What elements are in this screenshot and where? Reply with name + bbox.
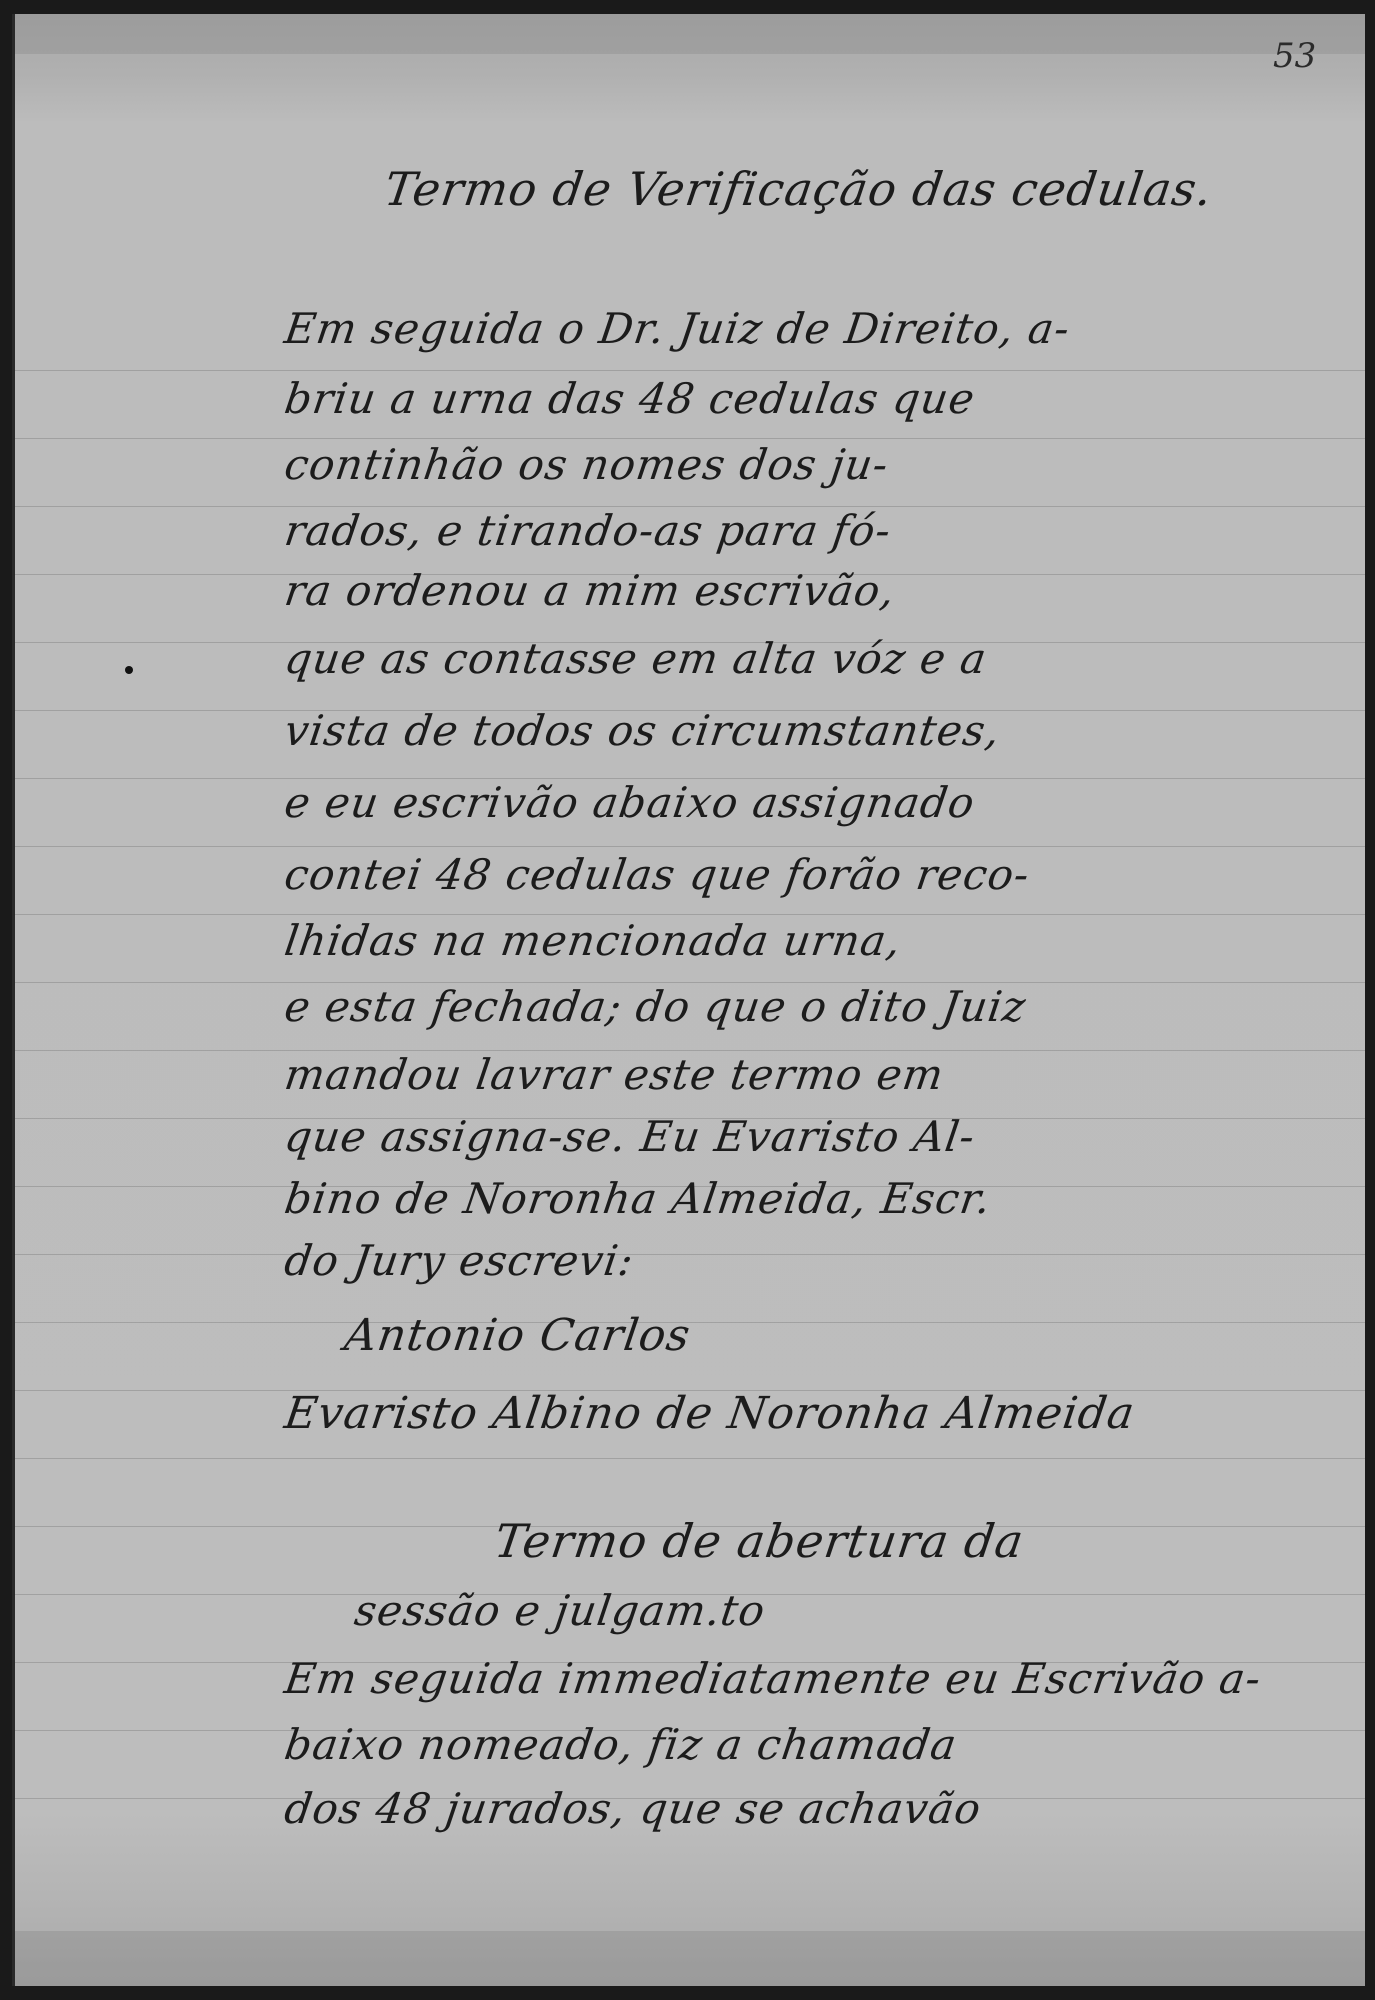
ruled-line	[15, 1254, 1365, 1255]
text-line: que assigna-se. Eu Evaristo Al-	[282, 1112, 979, 1161]
page-number: 53	[1273, 36, 1316, 76]
text-line: continhão os nomes dos ju-	[282, 440, 892, 489]
ruled-line	[15, 846, 1365, 847]
text-line: e esta fechada; do que o dito Juiz	[282, 982, 1030, 1031]
page-bottom-shadow	[15, 1931, 1365, 1986]
text-line: sessão e julgam.to	[352, 1586, 769, 1635]
text-line: vista de todos os circumstantes,	[282, 706, 1004, 755]
page-top-shadow	[15, 14, 1365, 54]
section-title: Termo de Verificação das cedulas.	[381, 162, 1216, 216]
signature-evaristo: Evaristo Albino de Noronha Almeida	[281, 1388, 1138, 1439]
text-line: dos 48 jurados, que se achavão	[282, 1784, 985, 1833]
text-line: do Jury escrevi:	[282, 1236, 638, 1285]
text-line: lhidas na mencionada urna,	[282, 916, 905, 965]
text-line: rados, e tirando-as para fó-	[282, 506, 895, 555]
ruled-line	[15, 438, 1365, 439]
ruled-line	[15, 914, 1365, 915]
text-line: Em seguida immediatamente eu Escrivão a-	[282, 1654, 1265, 1703]
ink-spot	[125, 666, 133, 674]
text-line: contei 48 cedulas que forão reco-	[282, 850, 1033, 899]
text-line: baixo nomeado, fiz a chamada	[282, 1720, 961, 1769]
signature-antonio-carlos: Antonio Carlos	[341, 1310, 693, 1361]
text-line: que as contasse em alta vóz e a	[282, 634, 991, 683]
text-line: mandou lavrar este termo em	[282, 1050, 948, 1099]
manuscript-page: 53 Termo de Verificação das cedulas. Em …	[12, 14, 1365, 1986]
ruled-line	[15, 370, 1365, 371]
ruled-line	[15, 1458, 1365, 1459]
text-line: briu a urna das 48 cedulas que	[282, 374, 979, 423]
section-title: Termo de abertura da	[491, 1514, 1027, 1568]
text-line: Em seguida o Dr. Juiz de Direito, a-	[282, 304, 1074, 353]
text-line: ra ordenou a mim escrivão,	[282, 566, 899, 615]
text-line: e eu escrivão abaixo assignado	[282, 778, 979, 827]
text-line: bino de Noronha Almeida, Escr.	[282, 1174, 995, 1223]
